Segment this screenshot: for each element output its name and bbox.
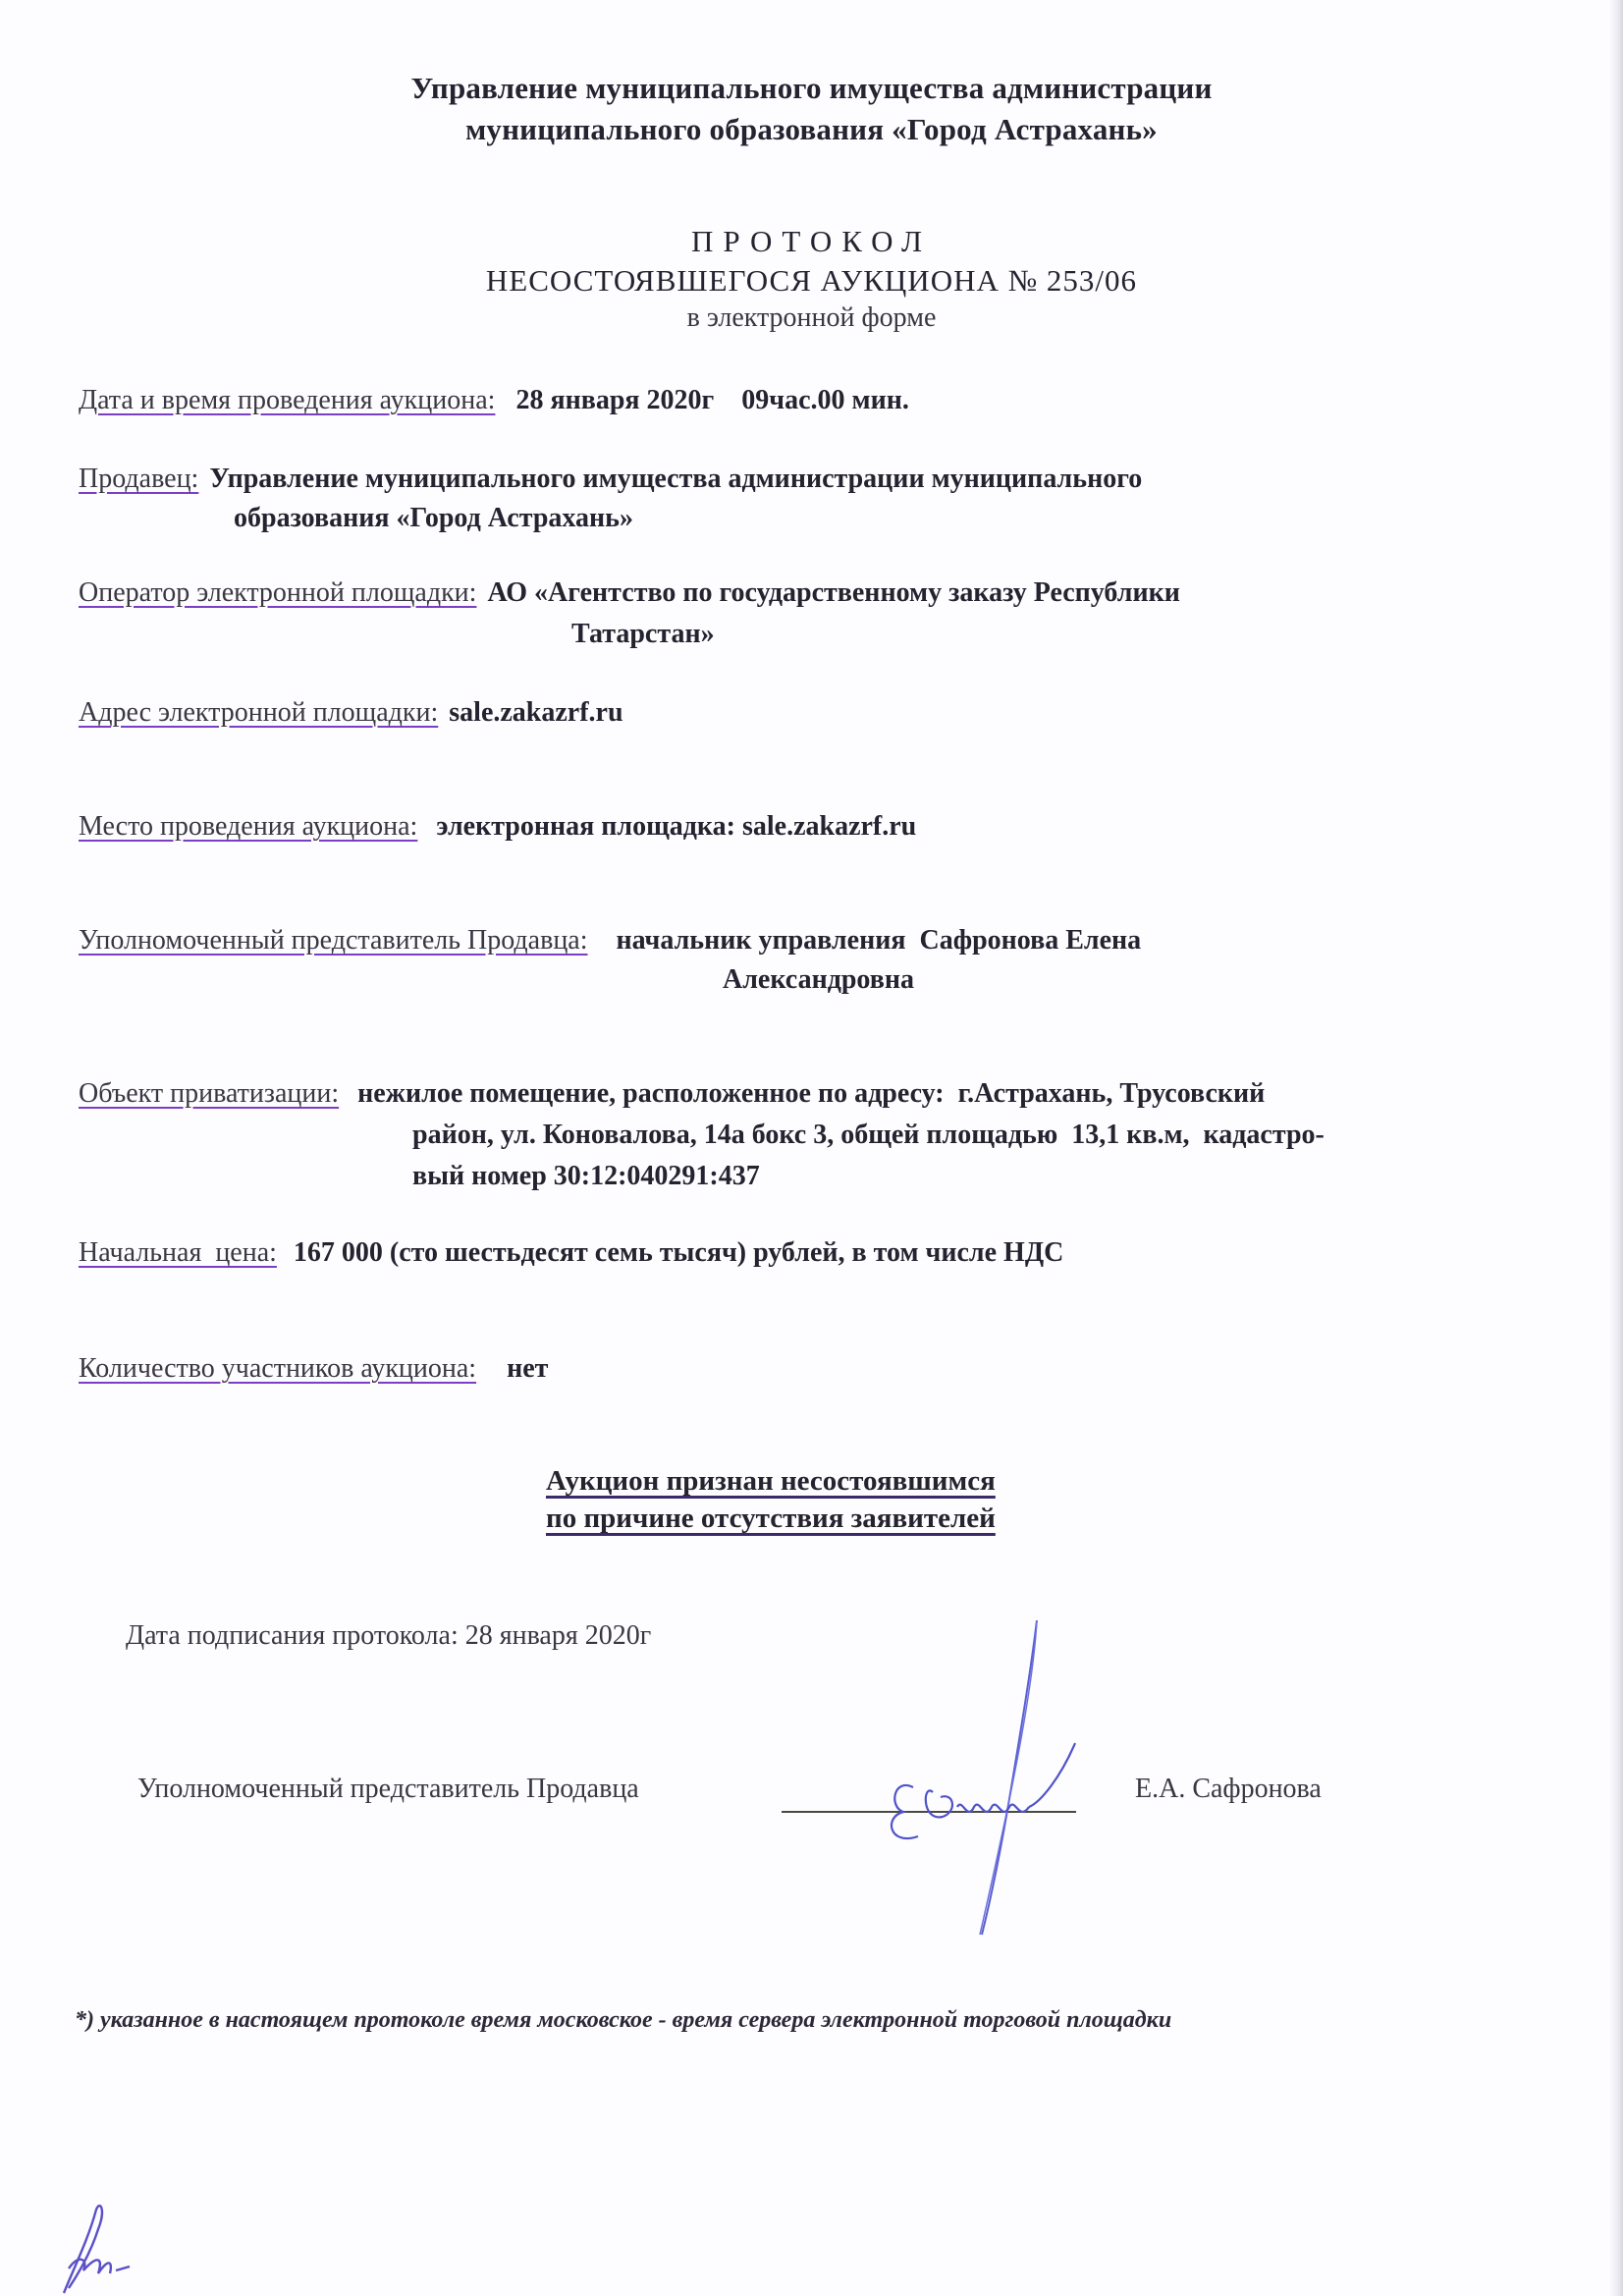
field-participants: Количество участников аукциона: нет bbox=[79, 1353, 548, 1385]
field-label: Количество участников аукциона: bbox=[79, 1353, 476, 1384]
field-representative: Уполномоченный представитель Продавца: н… bbox=[79, 925, 1141, 957]
field-object-value-cont2: вый номер 30:12:040291:437 bbox=[412, 1161, 760, 1192]
protocol-title: ПРОТОКОЛ bbox=[0, 224, 1623, 259]
field-value: 167 000 (сто шестьдесят семь тысяч) рубл… bbox=[294, 1237, 1063, 1268]
signing-date: Дата подписания протокола: 28 января 202… bbox=[126, 1620, 651, 1652]
field-seller: Продавец: Управление муниципального имущ… bbox=[79, 464, 1142, 495]
field-label: Начальная цена: bbox=[79, 1237, 277, 1268]
field-object: Объект приватизации: нежилое помещение, … bbox=[79, 1078, 1265, 1110]
field-datetime: Дата и время проведения аукциона: 28 янв… bbox=[79, 385, 909, 416]
field-value: АО «Агентство по государственному заказу… bbox=[487, 577, 1179, 608]
field-label: Место проведения аукциона: bbox=[79, 811, 417, 842]
result-line1: Аукцион признан несостоявшимся bbox=[546, 1465, 996, 1498]
field-operator: Оператор электронной площадки: АО «Агент… bbox=[79, 577, 1180, 609]
initials-icon bbox=[59, 2200, 157, 2296]
footnote: *) указанное в настоящем протоколе время… bbox=[75, 2007, 1171, 2034]
protocol-form: в электронной форме bbox=[0, 302, 1623, 334]
field-label: Дата и время проведения аукциона: bbox=[79, 385, 495, 415]
field-value: Управление муниципального имущества адми… bbox=[209, 464, 1142, 494]
field-value: 28 января 2020г 09час.00 мин. bbox=[515, 385, 908, 415]
field-label: Оператор электронной площадки: bbox=[79, 577, 476, 608]
field-value: sale.zakazrf.ru bbox=[449, 697, 622, 728]
org-header-line2: муниципального образования «Город Астрах… bbox=[0, 112, 1623, 147]
field-seller-value-cont: образования «Город Астрахань» bbox=[234, 503, 633, 534]
document-page: Управление муниципального имущества адми… bbox=[0, 0, 1623, 2296]
signing-role: Уполномоченный представитель Продавца bbox=[137, 1774, 639, 1805]
field-operator-value-cont: Татарстан» bbox=[571, 619, 715, 650]
protocol-subject: НЕСОСТОЯВШЕГОСЯ АУКЦИОНА № 253/06 bbox=[0, 263, 1623, 299]
field-platform-address: Адрес электронной площадки: sale.zakazrf… bbox=[79, 697, 623, 729]
page-edge-shadow bbox=[1609, 0, 1623, 2296]
field-representative-value-cont: Александровна bbox=[723, 964, 914, 996]
field-label: Продавец: bbox=[79, 464, 198, 494]
field-label: Уполномоченный представитель Продавца: bbox=[79, 925, 588, 956]
field-value: нежилое помещение, расположенное по адре… bbox=[357, 1078, 1265, 1109]
field-value: нет bbox=[507, 1353, 548, 1384]
field-venue: Место проведения аукциона: электронная п… bbox=[79, 811, 916, 843]
field-object-value-cont1: район, ул. Коновалова, 14а бокс 3, общей… bbox=[412, 1120, 1325, 1151]
signature-icon bbox=[864, 1611, 1119, 1944]
field-label: Адрес электронной площадки: bbox=[79, 697, 438, 728]
signatory-name: Е.А. Сафронова bbox=[1135, 1774, 1322, 1805]
field-value: электронная площадка: sale.zakazrf.ru bbox=[436, 811, 916, 842]
org-header-line1: Управление муниципального имущества адми… bbox=[0, 71, 1623, 106]
field-label: Объект приватизации: bbox=[79, 1078, 339, 1109]
field-start-price: Начальная цена: 167 000 (сто шестьдесят … bbox=[79, 1237, 1063, 1269]
result-line2: по причине отсутствия заявителей bbox=[546, 1503, 996, 1535]
field-value: начальник управления Сафронова Елена bbox=[617, 925, 1142, 956]
